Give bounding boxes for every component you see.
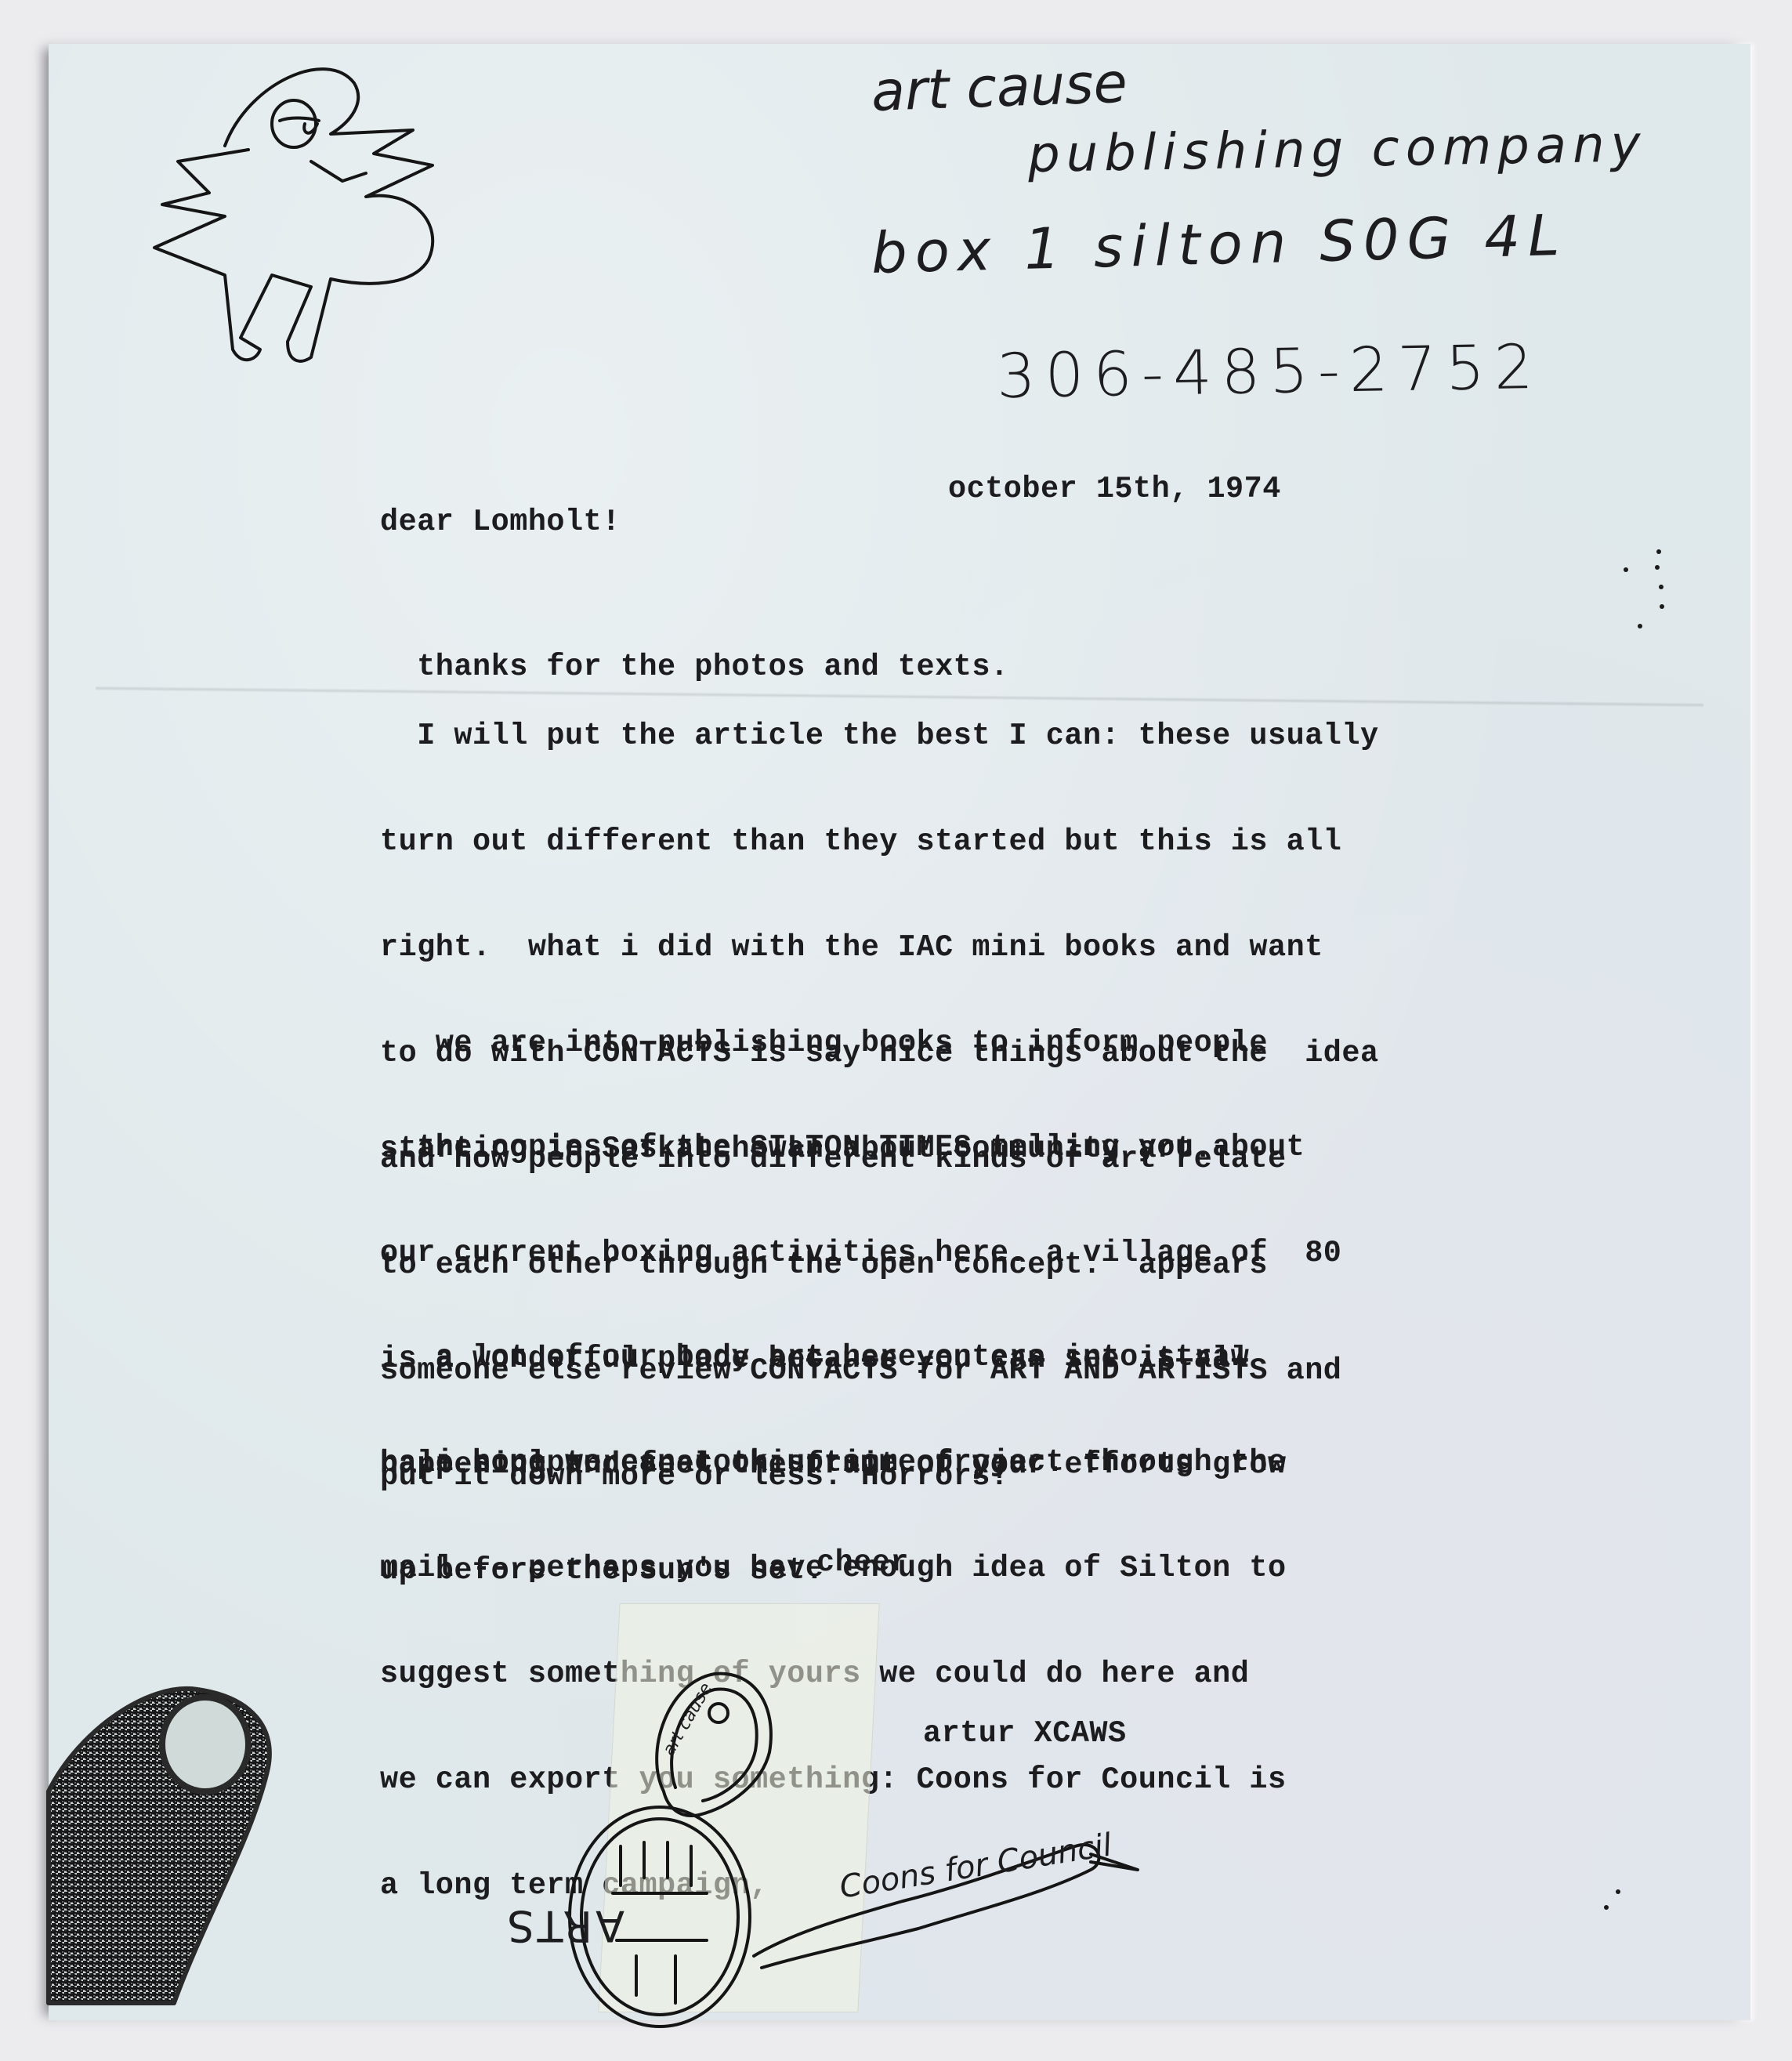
paragraph-4-line: our current boxing activities here. a vi… [380,1236,1341,1271]
ink-dot [1624,567,1628,572]
bird-doodle-icon [131,52,460,381]
letterhead-phone: 306-485-2752 [996,332,1543,412]
letterhead-line-2: publishing company [1027,115,1647,184]
ink-dot [1604,1905,1609,1910]
letter-page: art cause publishing company box 1 silto… [49,44,1750,2020]
paragraph-2-line: turn out different than they started but… [380,824,1379,860]
salutation: dear Lomholt! [380,505,621,540]
paragraph-6-line: i hope we can cook up some project throu… [380,1445,1287,1480]
paragraph-5-line: a lot of our body art here enters into s… [380,1340,1249,1375]
closing: cheer [816,1545,909,1581]
letterhead-line-1: art cause [871,51,1128,124]
ink-dot [1659,585,1663,589]
ink-dot [1660,604,1664,609]
stamp-oval-text: ARTS [504,1901,624,1951]
letterhead-address: box 1 silton S0G 4L [871,202,1568,286]
ink-dot [1656,549,1661,554]
paragraph-4-line: the copies of the SILTON TIMES telling y… [380,1130,1341,1165]
ink-dot [1655,565,1660,570]
letter-date: october 15th, 1974 [948,472,1281,507]
ink-dot [1638,624,1642,628]
paragraph-2-line: I will put the article the best I can: t… [380,719,1379,754]
paragraph-3-line: we are into publishing books to inform p… [380,1026,1268,1061]
thumbprint-icon [33,1635,299,2027]
ink-dot [1616,1889,1620,1894]
